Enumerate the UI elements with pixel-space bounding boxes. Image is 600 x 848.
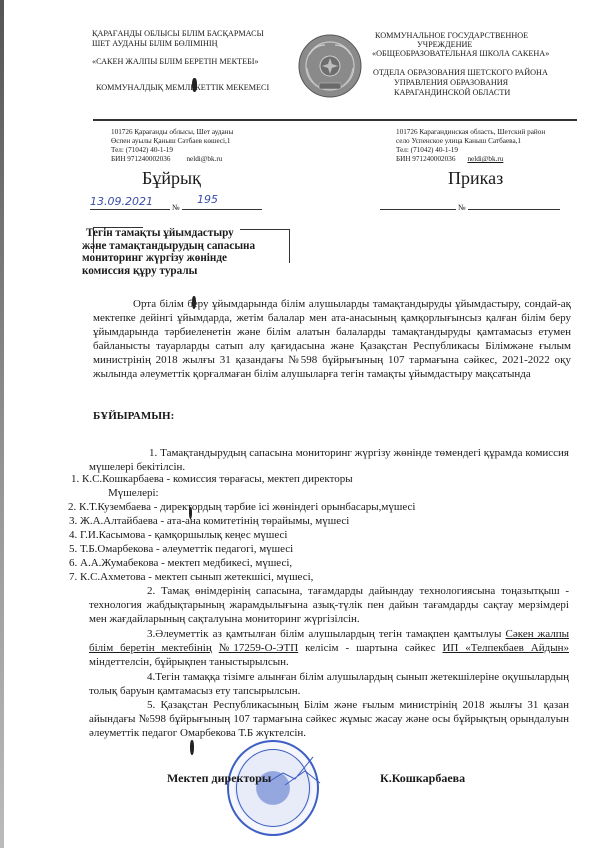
members-list: 2. К.Т.Кузембаева - директордың тәрбие і… <box>68 500 415 585</box>
number-underline-ru <box>468 209 560 210</box>
signature-name: К.Кошкарбаева <box>380 771 465 786</box>
point-1: 1. Тамақтандырудың сапасына мониторинг ж… <box>89 446 569 474</box>
state-emblem-icon <box>297 33 363 99</box>
header-ru-line5: УПРАВЛЕНИЯ ОБРАЗОВАНИЯ <box>394 78 508 88</box>
header-ru-line6: КАРАГАНДИНСКОЙ ОБЛАСТИ <box>394 88 510 98</box>
number-underline-kz <box>182 209 262 210</box>
header-kz-line4: КОММУНАЛДЫҚ МЕМЛЕКЕТТІК МЕКЕМЕСІ <box>96 83 269 93</box>
contract-number-underlined: №17259-О-ЭТП <box>219 642 298 654</box>
preamble: Орта білім беру ұйымдарында білім алушыл… <box>93 297 571 382</box>
subject-line4: комиссия құру туралы <box>82 265 290 278</box>
order-subject: Тегін тамақты ұйымдастыру және тамақтанд… <box>82 227 290 277</box>
member-item: 2. К.Т.Кузембаева - директордың тәрбие і… <box>68 500 415 514</box>
point-5: 5. Қазақстан Республикасының Білім және … <box>89 698 569 740</box>
members-label: Мүшелері: <box>108 486 159 500</box>
order-title-ru: Приказ <box>448 168 503 188</box>
header-ru-line3: «ОБЩЕОБРАЗОВАТЕЛЬНАЯ ШКОЛА САКЕНА» <box>372 49 549 59</box>
commission-chair: 1. К.С.Кошкарбаева - комиссия төрағасы, … <box>71 472 353 486</box>
address-ru-bin-row: БИН 971240002036neldi@bk.ru <box>396 155 545 164</box>
header-ru-line4: ОТДЕЛА ОБРАЗОВАНИЯ ШЕТСКОГО РАЙОНА <box>373 68 548 78</box>
address-kz-email[interactable]: neldi@bk.ru <box>186 155 222 163</box>
point-2: 2. Тамақ өнімдерінің сапасына, тағамдард… <box>89 584 569 626</box>
number-sign-kz: № <box>172 203 180 212</box>
member-item: 5. Т.Б.Омарбекова - әлеуметтік педагогі,… <box>68 542 415 556</box>
ink-blot <box>190 740 194 755</box>
subject-line2: және тамақтандырудың сапасына <box>82 240 290 253</box>
header-kz-line2: ШЕТ АУДАНЫ БІЛІМ БӨЛІМІНІҢ <box>92 39 218 49</box>
subject-line3: мониторинг жүргізу жөнінде <box>82 252 290 265</box>
signature-position: Мектеп директоры <box>167 771 271 786</box>
header-divider <box>93 119 577 121</box>
point-3-text-c: келісім - шартына сәйкес <box>298 642 442 654</box>
address-kz-line3: Тел: (71042) 40-1-19 <box>111 146 233 155</box>
address-ru-line1: 101726 Карагандинская область, Шетский р… <box>396 128 545 137</box>
address-ru-email[interactable]: neldi@bk.ru <box>467 155 503 163</box>
address-ru-line3: Тел: (71042) 40-1-19 <box>396 146 545 155</box>
date-underline-ru <box>380 209 456 210</box>
number-sign-ru: № <box>458 203 466 212</box>
point-3-text-d: міндеттелсін, бұйрықпен таныстырылсын. <box>89 656 289 668</box>
address-ru: 101726 Карагандинская область, Шетский р… <box>396 128 545 164</box>
header-kz-line1: ҚАРАҒАНДЫ ОБЛЫСЫ БІЛІМ БАСҚАРМАСЫ <box>92 29 264 39</box>
address-kz: 101726 Қарағанды облысы, Шет ауданы Өспе… <box>111 128 233 164</box>
point-3: 3.Әлеуметтік аз қамтылған білім алушылар… <box>89 627 569 669</box>
date-underline <box>90 209 170 210</box>
ink-blot <box>189 507 192 519</box>
point-3-text-a: 3.Әлеуметтік аз қамтылған білім алушылар… <box>147 628 506 640</box>
address-kz-line1: 101726 Қарағанды облысы, Шет ауданы <box>111 128 233 137</box>
subject-line1: Тегін тамақты ұйымдастыру <box>82 227 290 240</box>
point-3-spacer <box>212 642 219 654</box>
member-item: 4. Г.И.Касымова - қамқоршылық кеңес мүше… <box>68 528 415 542</box>
address-kz-bin-row: БИН 971240002036neldi@bk.ru <box>111 155 233 164</box>
order-title-kz: Бұйрық <box>142 168 201 188</box>
address-ru-line2: село Успенское улица Каныш Сатбаева,1 <box>396 137 545 146</box>
order-number: 195 <box>197 193 218 206</box>
header-kz-line3: «САКЕН ЖАЛПЫ БІЛІМ БЕРЕТІН МЕКТЕБІ» <box>92 57 259 67</box>
address-ru-bin: БИН 971240002036 <box>396 155 455 163</box>
member-item: 6. А.А.Жумабекова - мектеп медбикесі, мү… <box>68 556 415 570</box>
scan-edge-shadow <box>0 0 4 848</box>
ink-blot <box>192 78 197 92</box>
ink-blot <box>192 296 196 309</box>
order-date: 13.09.2021 <box>90 195 153 208</box>
order-word: БҰЙЫРАМЫН: <box>93 409 174 423</box>
address-kz-line2: Өспен ауылы Қаныш Сәтбаев көшесі,1 <box>111 137 233 146</box>
member-item: 7. К.С.Ахметова - мектеп сынып жетекшісі… <box>68 570 415 584</box>
member-item: 3. Ж.А.Алтайбаева - ата-ана комитетінің … <box>68 514 415 528</box>
supplier-name-underlined: ИП «Телпекбаев Айдын» <box>442 642 569 654</box>
signature-scribble-icon <box>265 753 325 793</box>
address-kz-bin: БИН 971240002036 <box>111 155 170 163</box>
point-4: 4.Тегін тамаққа тізімге алынған білім ал… <box>89 670 569 698</box>
